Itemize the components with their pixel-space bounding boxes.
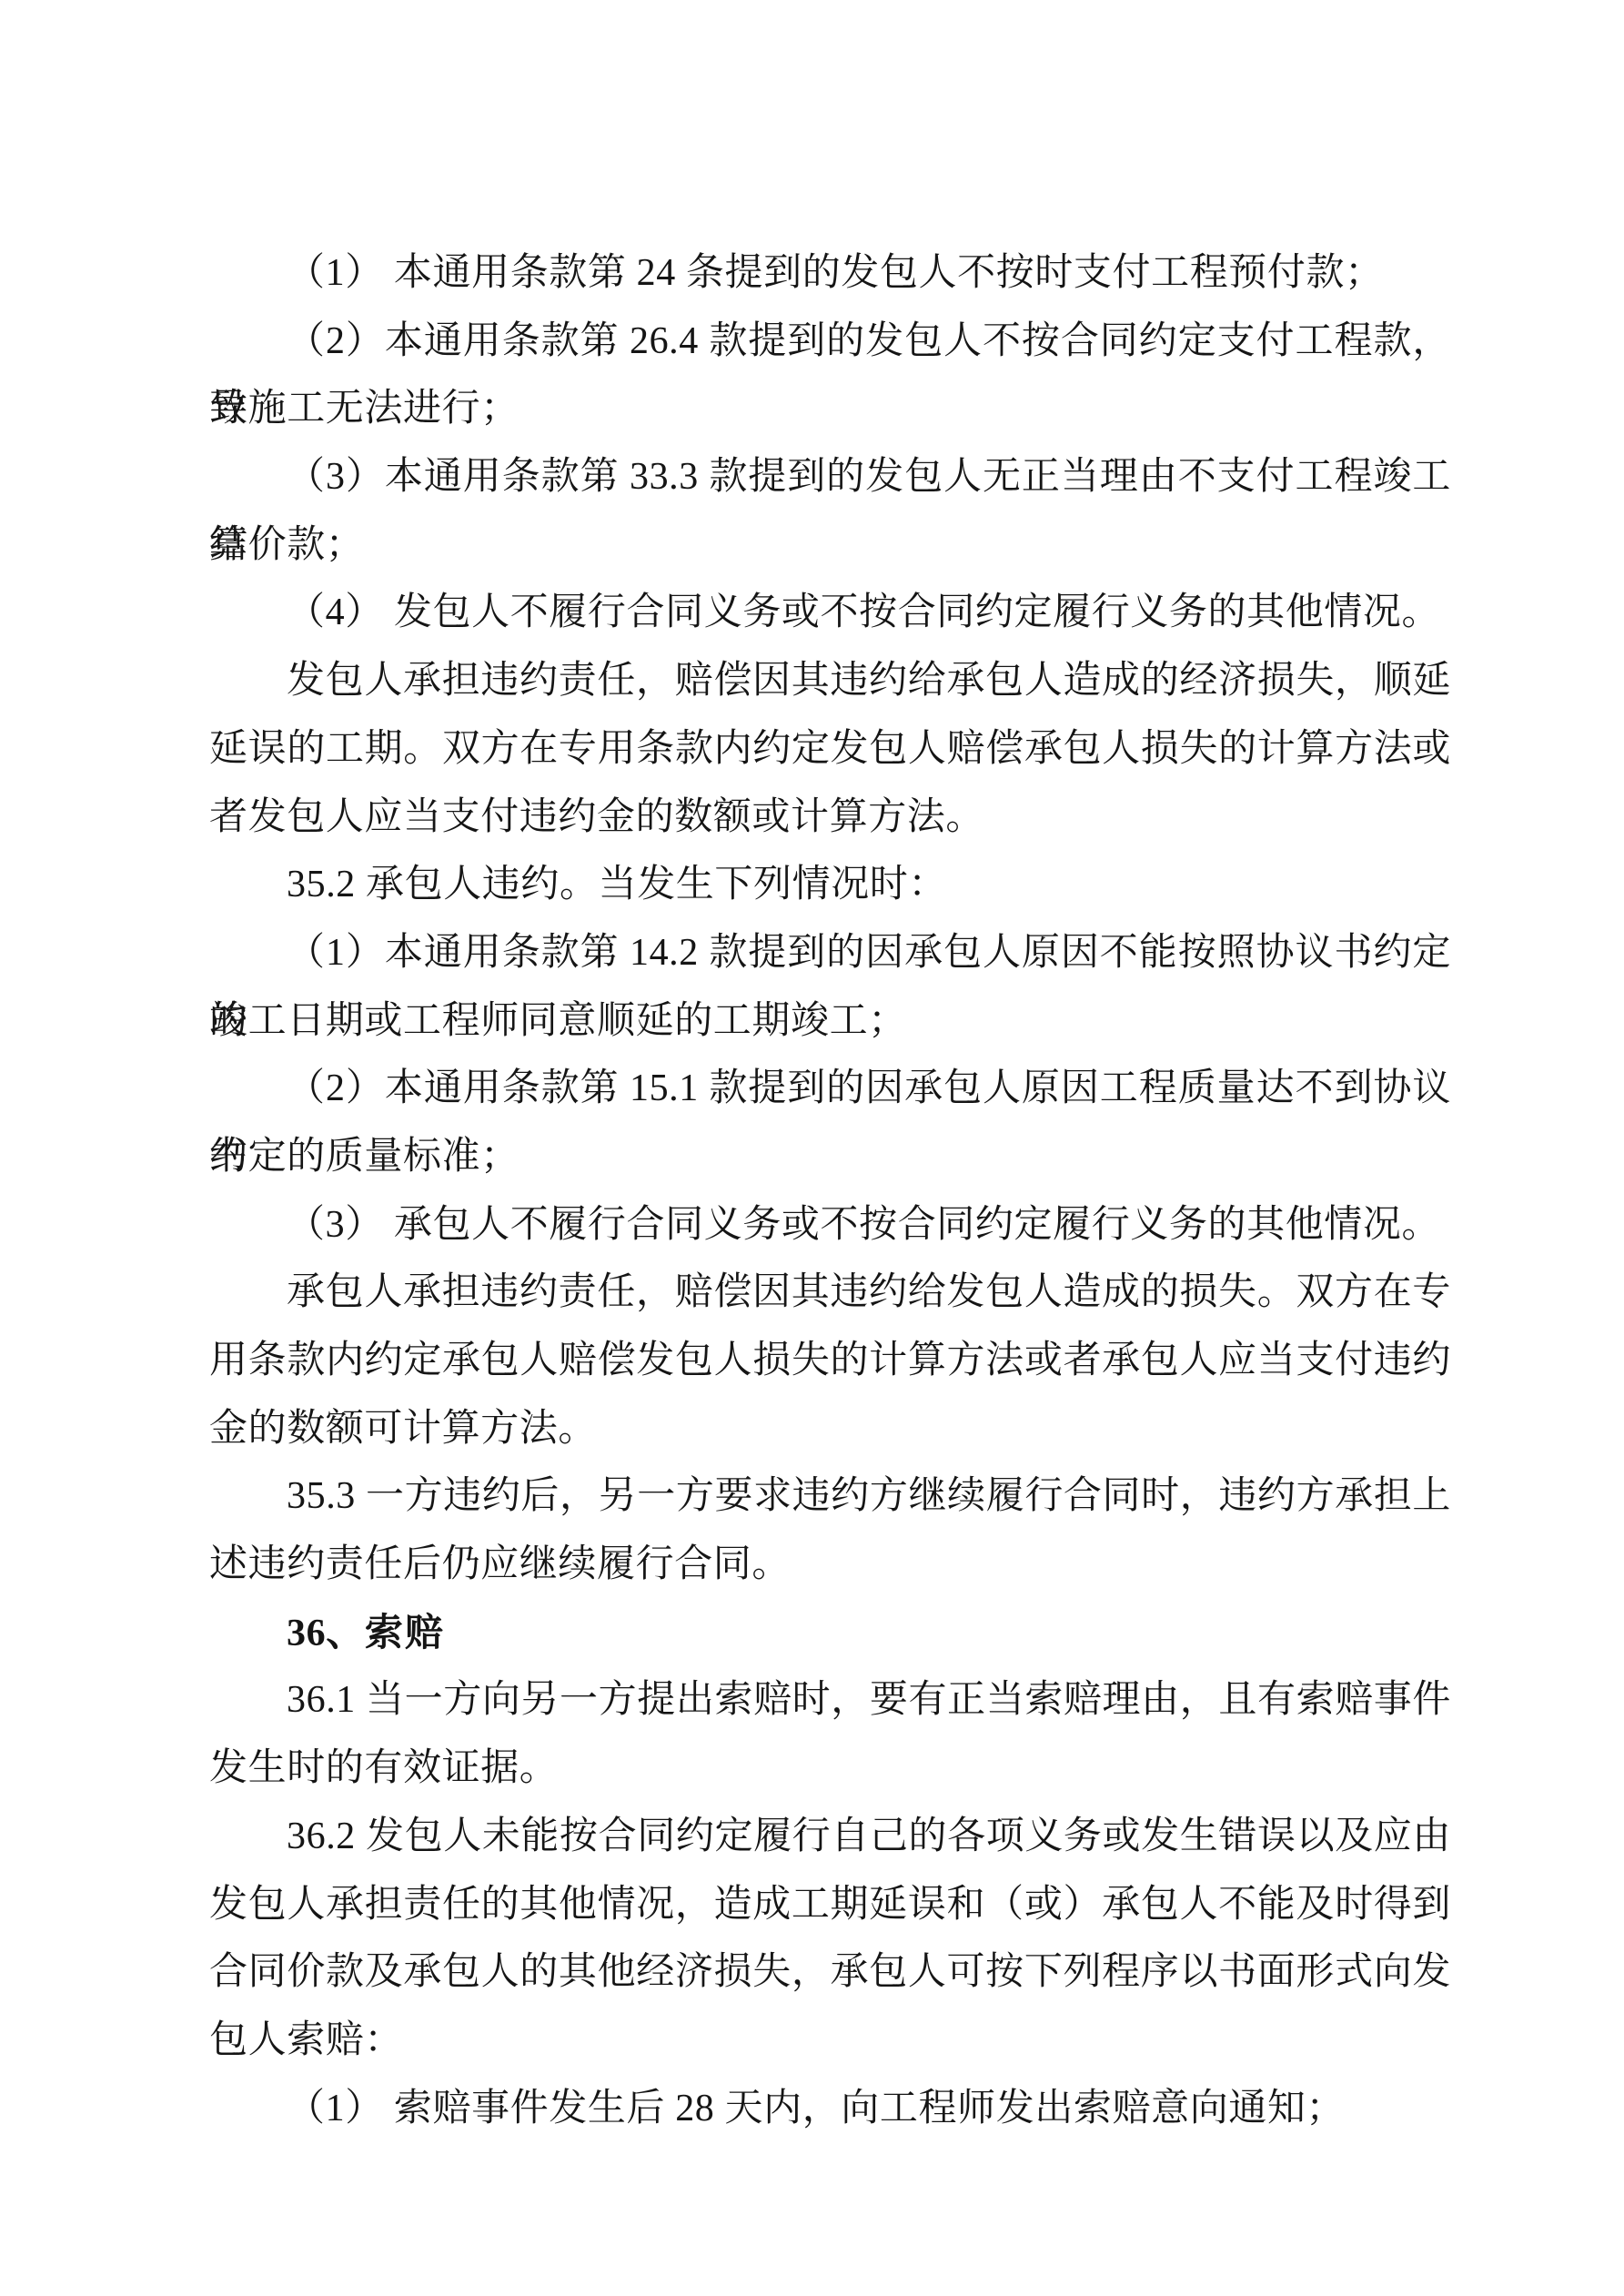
text-line: 竣工日期或工程师同意顺延的工期竣工；: [209, 987, 1451, 1056]
document-body: （1） 本通用条款第 24 条提到的发包人不按时支付工程预付款；（2）本通用条款…: [209, 239, 1451, 2142]
section-number: 36、: [287, 1613, 365, 1654]
text-line: 金的数额可计算方法。: [209, 1395, 1451, 1463]
text-line: 35.3 一方违约后，另一方要求违约方继续履行合同时，违约方承担上: [209, 1462, 1451, 1531]
text-line: 承包人承担违约责任，赔偿因其违约给发包人造成的损失。双方在专: [209, 1259, 1451, 1327]
text-line: 致施工无法进行；: [209, 375, 1451, 443]
section-title: 索赔: [365, 1610, 445, 1654]
text-line: 者发包人应当支付违约金的数额或计算方法。: [209, 784, 1451, 852]
text-line: 述违约责任后仍应继续履行合同。: [209, 1531, 1451, 1599]
text-line: 延误的工期。双方在专用条款内约定发包人赔偿承包人损失的计算方法或: [209, 715, 1451, 784]
text-line: 发包人承担责任的其他情况，造成工期延误和（或）承包人不能及时得到: [209, 1871, 1451, 1939]
text-line: 36.1 当一方向另一方提出索赔时，要有正当索赔理由，且有索赔事件: [209, 1666, 1451, 1735]
text-line: （3）本通用条款第 33.3 款提到的发包人无正当理由不支付工程竣工结: [209, 443, 1451, 511]
document-page: （1） 本通用条款第 24 条提到的发包人不按时支付工程预付款；（2）本通用条款…: [0, 0, 1624, 2296]
text-line: （1） 本通用条款第 24 条提到的发包人不按时支付工程预付款；: [209, 239, 1451, 308]
text-line: （3） 承包人不履行合同义务或不按合同约定履行义务的其他情况。: [209, 1191, 1451, 1259]
text-line: 35.2 承包人违约。当发生下列情况时：: [209, 851, 1451, 919]
text-line: （1）本通用条款第 14.2 款提到的因承包人原因不能按照协议书约定的: [209, 919, 1451, 987]
text-line: 发包人承担违约责任，赔偿因其违约给承包人造成的经济损失，顺延: [209, 647, 1451, 715]
text-line: 发生时的有效证据。: [209, 1735, 1451, 1803]
text-line: 合同价款及承包人的其他经济损失，承包人可按下列程序以书面形式向发: [209, 1938, 1451, 2007]
text-line: 用条款内约定承包人赔偿发包人损失的计算方法或者承包人应当支付违约: [209, 1327, 1451, 1395]
text-line: （4） 发包人不履行合同义务或不按合同约定履行义务的其他情况。: [209, 579, 1451, 647]
text-line: （2）本通用条款第 15.1 款提到的因承包人原因工程质量达不到协议书: [209, 1055, 1451, 1123]
text-line: 算价款；: [209, 511, 1451, 580]
section-heading: 36、索赔: [209, 1599, 1451, 1667]
text-line: 36.2 发包人未能按合同约定履行自己的各项义务或发生错误以及应由: [209, 1803, 1451, 1871]
text-line: 包人索赔：: [209, 2007, 1451, 2075]
text-line: （1） 索赔事件发生后 28 天内，向工程师发出索赔意向通知；: [209, 2075, 1451, 2143]
text-line: （2）本通用条款第 26.4 款提到的发包人不按合同约定支付工程款，导: [209, 308, 1451, 376]
text-line: 约定的质量标准；: [209, 1123, 1451, 1191]
